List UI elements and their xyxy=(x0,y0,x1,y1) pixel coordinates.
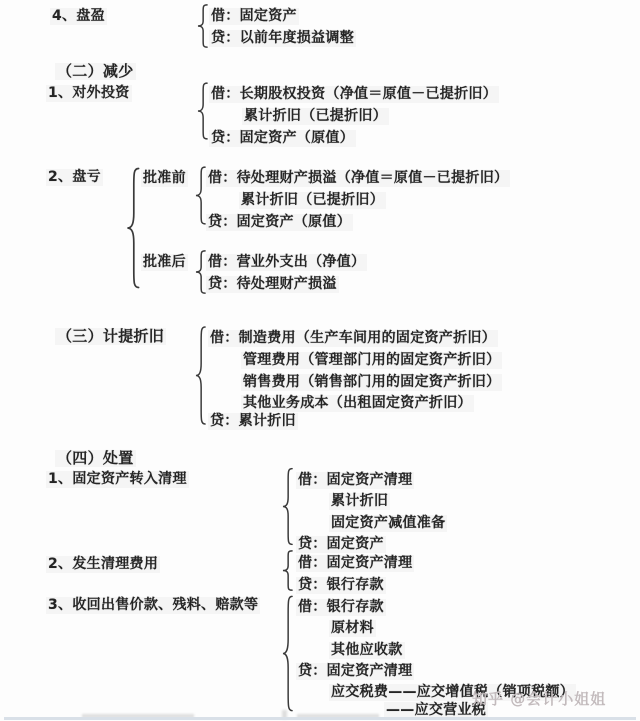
bottom-edge-band xyxy=(4,717,636,720)
entry-line: 贷：银行存款 xyxy=(296,577,386,594)
section-header-chuzhi: （四）处置 xyxy=(55,450,136,467)
entry-line: 借：固定资产 xyxy=(209,8,299,25)
entry-line: 借：固定资产清理 xyxy=(296,555,414,572)
section-header-jitizhejiu: （三）计提折旧 xyxy=(55,328,166,345)
entry-line: 借：长期股权投资（净值＝原值－已提折旧） xyxy=(209,86,499,103)
brace-jitizhejiu xyxy=(194,325,207,426)
brace-chuzhi-1 xyxy=(281,467,294,546)
entry-line: 贷：以前年度损益调整 xyxy=(209,30,356,47)
entry-line: 贷：待处理财产损溢 xyxy=(206,276,339,293)
brace-chuzhi-2 xyxy=(281,550,294,591)
brace-duiwaitouzi xyxy=(196,82,209,140)
sublabel-pre-approval: 批准前 xyxy=(141,170,188,187)
entry-line: 销售费用（销售部门用的固定资产折旧） xyxy=(241,374,502,391)
entry-line: 贷：累计折旧 xyxy=(208,413,298,430)
entry-line: 借：营业外支出（净值） xyxy=(206,254,367,271)
brace-pankui-outer xyxy=(125,166,141,290)
section-header-jianshao: （二）减少 xyxy=(55,63,136,80)
entry-line: 累计折旧（已提折旧） xyxy=(239,192,386,209)
item-label-panying: 4、盘盈 xyxy=(50,8,107,25)
entry-line: 贷：固定资产（原值） xyxy=(209,130,356,147)
entry-line: 贷：固定资产（原值） xyxy=(206,214,353,231)
watermark-zhihu: 知乎 @会计小姐姐 xyxy=(472,688,606,709)
item-label-pankui: 2、盘亏 xyxy=(46,169,103,186)
entry-line: 借：固定资产清理 xyxy=(296,472,414,489)
entry-line: 借：待处理财产损溢（净值＝原值－已提折旧） xyxy=(206,170,510,187)
item-label-qingli-feiyong: 2、发生清理费用 xyxy=(46,556,160,573)
entry-line: 累计折旧（已提折旧） xyxy=(242,108,389,125)
accounting-bracket-diagram: 4、盘盈 借：固定资产 贷：以前年度损益调整 （二）减少 1、对外投资 借：长期… xyxy=(0,0,640,721)
entry-line: 借：银行存款 xyxy=(296,599,386,616)
brace-chuzhi-3 xyxy=(281,594,294,713)
item-label-shouhui-jiakuan: 3、收回出售价款、残料、赔款等 xyxy=(46,597,260,614)
entry-line: 贷：固定资产 xyxy=(296,536,386,553)
entry-line: 原材料 xyxy=(329,620,376,637)
brace-panying xyxy=(196,4,209,48)
entry-line: 固定资产减值准备 xyxy=(329,515,447,532)
entry-line: 贷：固定资产清理 xyxy=(296,663,414,680)
entry-line: 借：制造费用（生产车间用的固定资产折旧） xyxy=(208,330,498,347)
entry-line: 累计折旧 xyxy=(329,493,390,510)
entry-line: 管理费用（管理部门用的固定资产折旧） xyxy=(241,352,502,369)
item-label-duiwaitouzi: 1、对外投资 xyxy=(46,85,132,102)
entry-line: 其他应收款 xyxy=(329,642,405,659)
sublabel-post-approval: 批准后 xyxy=(141,254,188,271)
item-label-zhuanrue-qingli: 1、固定资产转入清理 xyxy=(46,471,189,488)
entry-line: 其他业务成本（出租固定资产折旧） xyxy=(241,395,474,412)
